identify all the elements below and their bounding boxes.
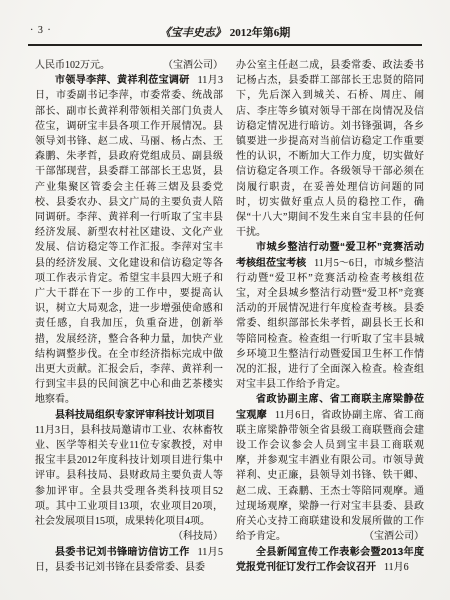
item-text: 11月6 bbox=[384, 562, 409, 573]
item-attribution: （宝酒公司） bbox=[163, 58, 223, 73]
page-number: · 3 · bbox=[30, 25, 52, 36]
item-text: 11月3日，市委副书记李萍，市委常委、统战部部长、副市长黄祥利带领相关部门负责人… bbox=[35, 75, 223, 405]
news-item: 县科技局组织专家评审科技计划项目11月3日，县科技局邀请市工业、农林畜牧业、医学… bbox=[35, 408, 223, 545]
news-item: 全县新闻宣传工作表彰会暨2013年度党报党刊征订发行工作会议召开11月6 bbox=[236, 545, 424, 575]
news-item: 县委书记刘书锋暗访信访工作11月5日，县委书记刘书锋在县委常委、县委 bbox=[35, 545, 223, 575]
item-attribution: （科技局） bbox=[35, 529, 223, 544]
item-attribution: （宝酒公司） bbox=[344, 529, 424, 544]
item-heading: 县委书记刘书锋暗访信访工作 bbox=[55, 547, 190, 558]
item-text: 11月6日，省政协副主席、省工商联主席梁静带领全省县级工商联暨商会建设工作会议参… bbox=[236, 410, 424, 543]
item-text: 11月5～6日，市城乡整洁行动暨“爱卫杯”竞赛活动检查考核组莅宝，对全县城乡整洁… bbox=[236, 258, 424, 391]
item-text: 11月3日，县科技局邀请市工业、农林畜牧业、医学等相关专业11位专家教授，对申报… bbox=[35, 425, 223, 527]
left-column: 人民币102万元。 （宝酒公司） 市领导李萍、黄祥利莅宝调研11月3日，市委副书… bbox=[35, 58, 223, 575]
page-header: · 3 · 《宝丰史志》2012年第6期 bbox=[28, 24, 422, 40]
item-text: 人民币102万元。 bbox=[35, 58, 110, 73]
news-item: 省政协副主席、省工商联主席梁静莅宝观摩11月6日，省政协副主席、省工商联主席梁静… bbox=[236, 392, 424, 544]
article-body: 人民币102万元。 （宝酒公司） 市领导李萍、黄祥利莅宝调研11月3日，市委副书… bbox=[35, 58, 424, 575]
news-item: 市领导李萍、黄祥利莅宝调研11月3日，市委副书记李萍，市委常委、统战部部长、副市… bbox=[35, 73, 223, 407]
item-text: 办公室主任赵二成，县委常委、政法委书记杨占杰，县委群工部部长王忠贤的陪同下，先后… bbox=[236, 60, 424, 238]
item-heading: 县科技局组织专家评审科技计划项目 bbox=[55, 410, 215, 421]
journal-header: 《宝丰史志》2012年第6期 bbox=[28, 24, 422, 40]
right-column: 办公室主任赵二成，县委常委、政法委书记杨占杰，县委群工部部长王忠贤的陪同下，先后… bbox=[236, 58, 424, 575]
news-item-continuation: 办公室主任赵二成，县委常委、政法委书记杨占杰，县委群工部部长王忠贤的陪同下，先后… bbox=[236, 58, 424, 240]
journal-title: 《宝丰史志》 bbox=[160, 27, 226, 39]
scanned-journal-page: · 3 · 《宝丰史志》2012年第6期 人民币102万元。 （宝酒公司） 市领… bbox=[0, 0, 450, 600]
item-heading: 市领导李萍、黄祥利莅宝调研 bbox=[55, 75, 190, 86]
news-item-continuation: 人民币102万元。 （宝酒公司） bbox=[35, 58, 223, 73]
news-item: 市城乡整洁行动暨“爱卫杯”竞赛活动考核组莅宝考核11月5～6日，市城乡整洁行动暨… bbox=[236, 240, 424, 392]
header-rule bbox=[28, 44, 422, 46]
journal-issue: 2012年第6期 bbox=[230, 27, 291, 39]
